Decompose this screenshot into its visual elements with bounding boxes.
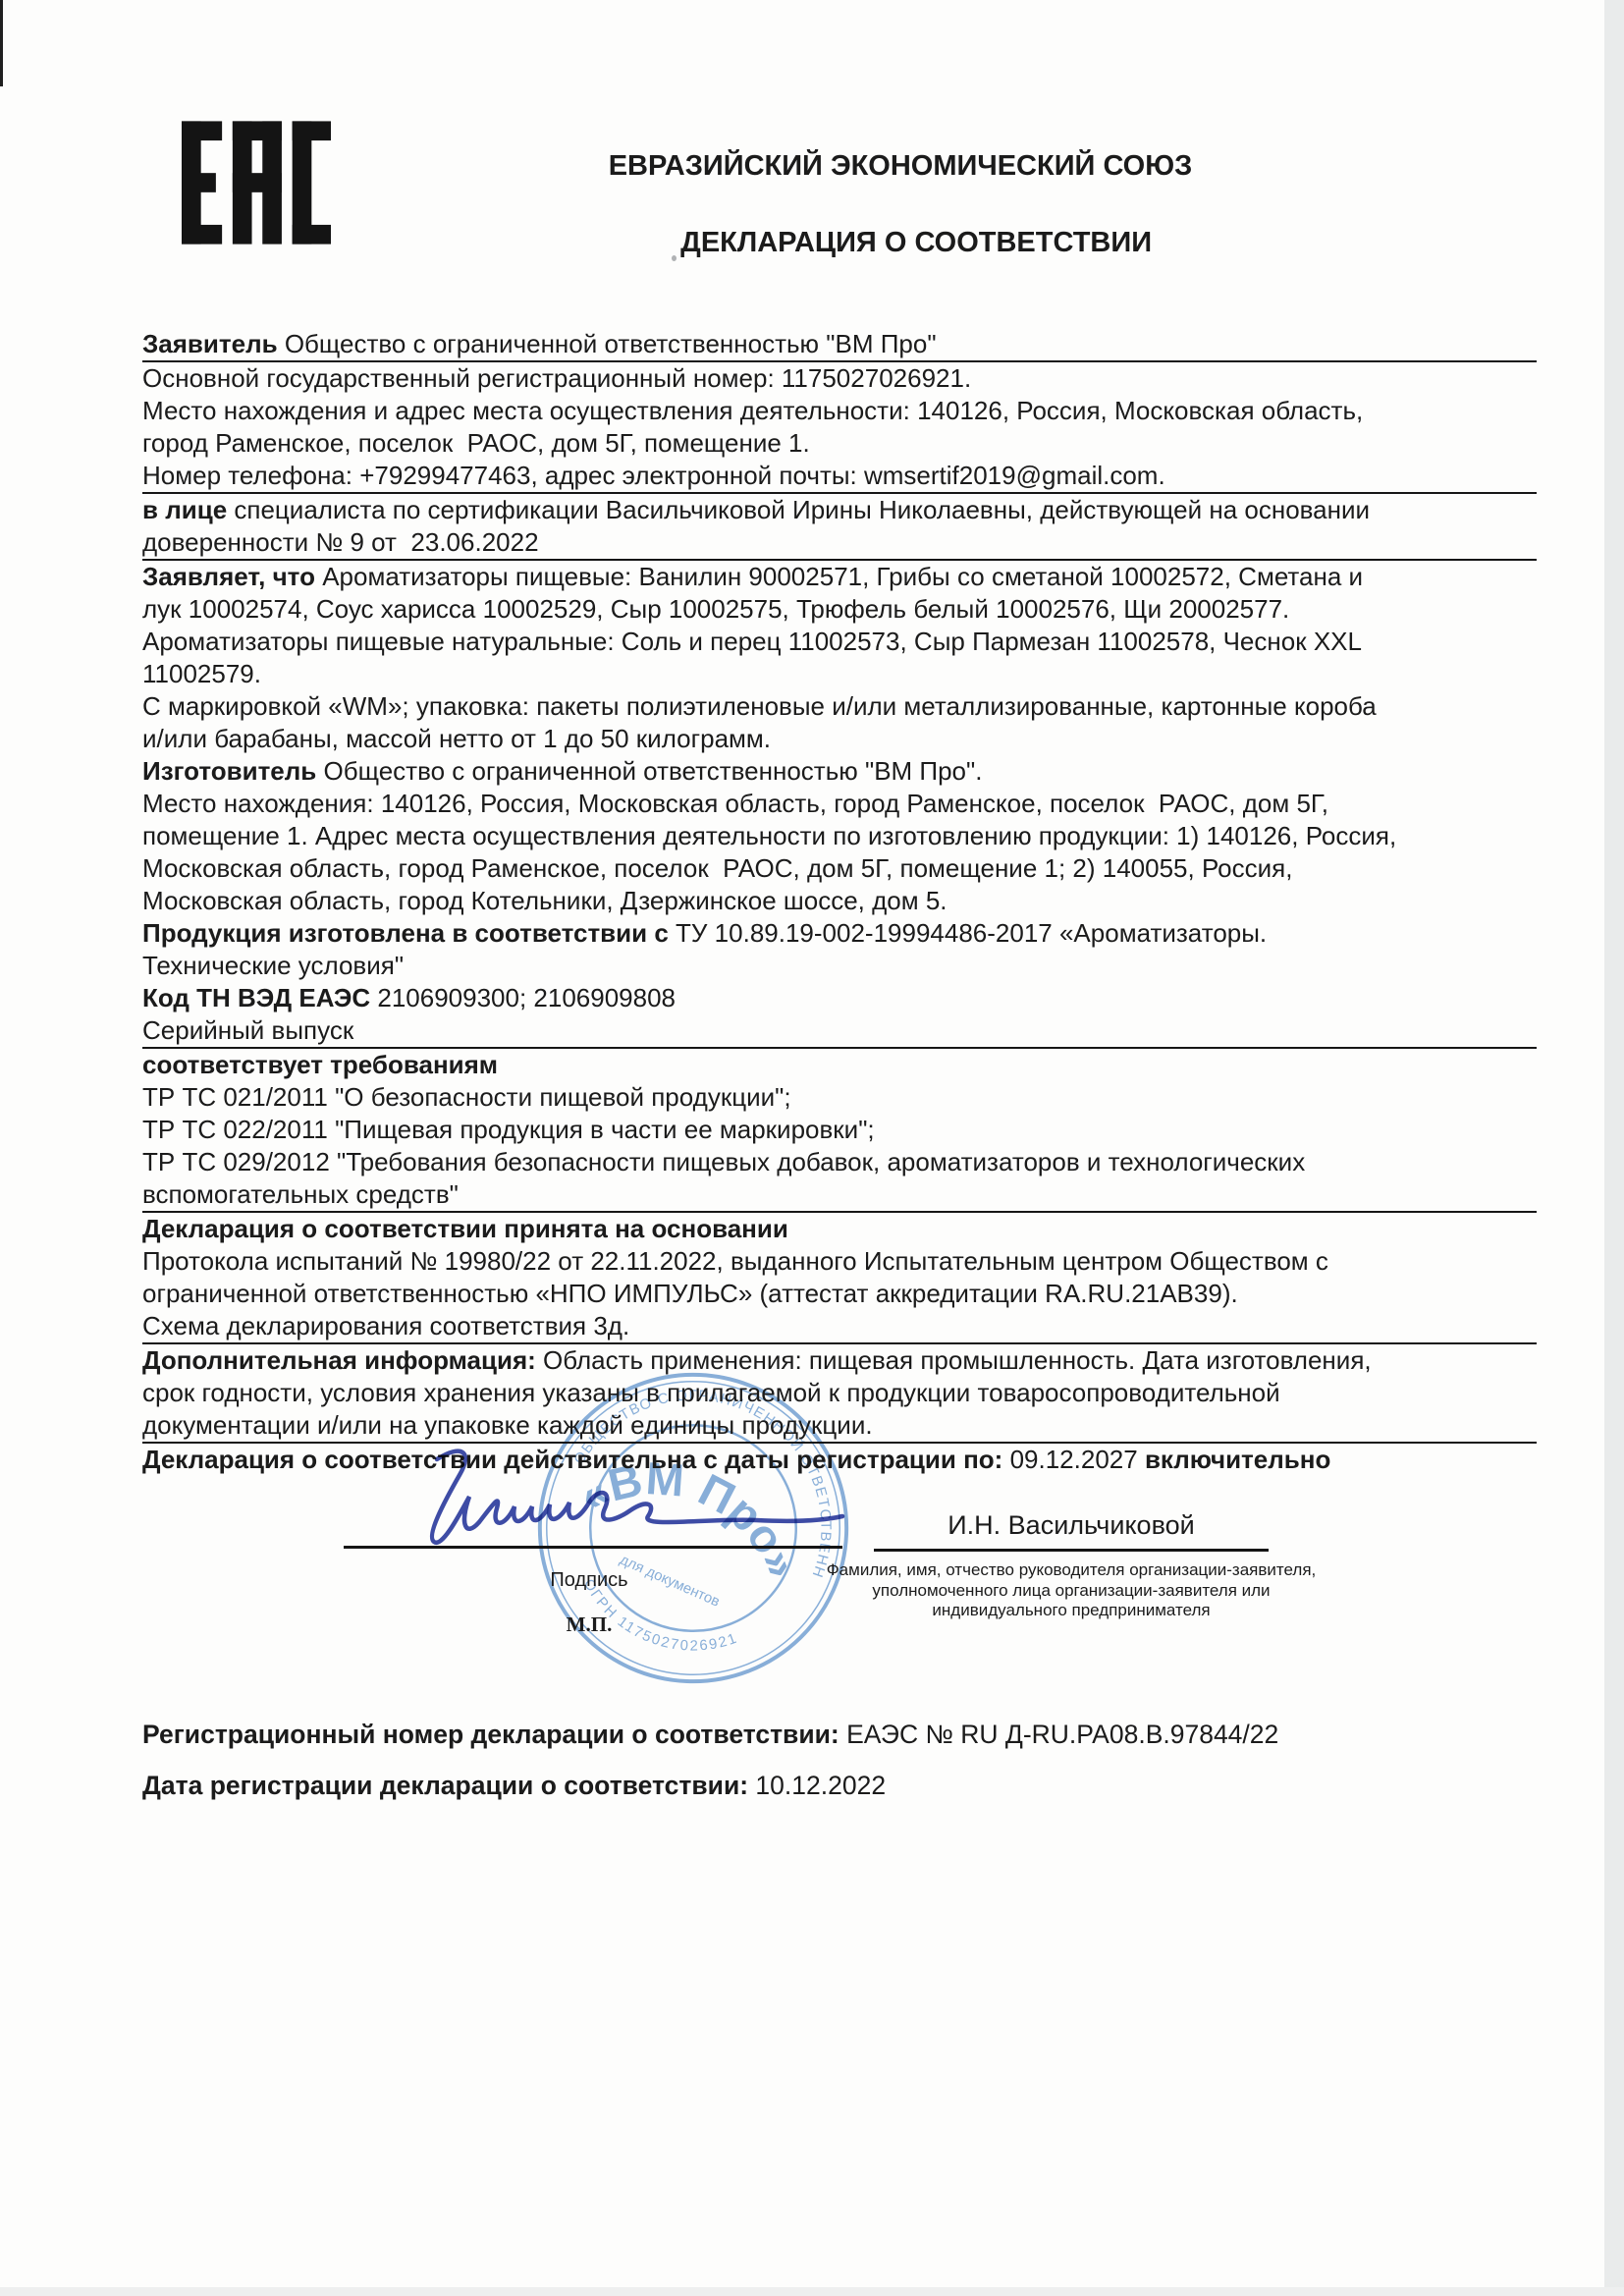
field-tr-ts-022: ТР ТС 022/2011 "Пищевая продукция в част… xyxy=(142,1114,1537,1146)
scan-edge-shadow xyxy=(1604,0,1624,2296)
signature-stroke xyxy=(383,1442,874,1569)
field-declares-products: Заявляет, что Ароматизаторы пищевые: Ван… xyxy=(142,561,1537,626)
scan-bottom-shadow xyxy=(0,2287,1624,2296)
field-test-protocol: Протокола испытаний № 19980/22 от 22.11.… xyxy=(142,1245,1537,1310)
field-produced-according-to: Продукция изготовлена в соответствии с Т… xyxy=(142,917,1537,982)
field-declaration-basis: Декларация о соответствии принята на осн… xyxy=(142,1213,1537,1245)
document-body: Заявитель Общество с ограниченной ответс… xyxy=(142,328,1537,1476)
scan-edge-artifact xyxy=(0,0,3,86)
title-line-1: ЕВРАЗИЙСКИЙ ЭКОНОМИЧЕСКИЙ СОЮЗ xyxy=(609,150,1193,182)
registration-number-value: ЕАЭС № RU Д-RU.РА08.В.97844/22 xyxy=(846,1720,1278,1749)
registration-number-label: Регистрационный номер декларации о соотв… xyxy=(142,1720,846,1749)
eac-logo-icon xyxy=(182,114,331,251)
field-natural-flavors: Ароматизаторы пищевые натуральные: Соль … xyxy=(142,626,1537,690)
field-marking-packaging: С маркировкой «WM»; упаковка: пакеты пол… xyxy=(142,690,1537,755)
registration-number-row: Регистрационный номер декларации о соотв… xyxy=(142,1720,1278,1750)
field-additional-info: Дополнительная информация: Область приме… xyxy=(142,1344,1537,1444)
field-serial-production: Серийный выпуск xyxy=(142,1014,1537,1049)
field-declaration-scheme: Схема декларирования соответствия 3д. xyxy=(142,1310,1537,1344)
field-applicant-details: Основной государственный регистрационный… xyxy=(142,362,1537,494)
title-line-2: ДЕКЛАРАЦИЯ О СООТВЕТСТВИИ xyxy=(680,227,1152,258)
registration-date-label: Дата регистрации декларации о соответств… xyxy=(142,1771,755,1800)
registration-date-value: 10.12.2022 xyxy=(755,1771,886,1800)
field-tnved-code: Код ТН ВЭД ЕАЭС 2106909300; 2106909808 xyxy=(142,982,1537,1014)
name-line xyxy=(874,1549,1269,1552)
field-tr-ts-029: ТР ТС 029/2012 "Требования безопасности … xyxy=(142,1146,1537,1213)
registration-date-row: Дата регистрации декларации о соответств… xyxy=(142,1771,886,1801)
field-represented-by: в лице специалиста по сертификации Васил… xyxy=(142,494,1537,561)
signatory-name: И.Н. Васильчиковой xyxy=(874,1510,1269,1541)
document-title: ЕВРАЗИЙСКИЙ ЭКОНОМИЧЕСКИЙ СОЮЗ ДЕКЛАРАЦИ… xyxy=(530,147,1271,301)
field-tr-ts-021: ТР ТС 021/2011 "О безопасности пищевой п… xyxy=(142,1081,1537,1114)
seal-place-label: М.П. xyxy=(545,1613,633,1637)
field-applicant: Заявитель Общество с ограниченной ответс… xyxy=(142,328,1537,362)
field-manufacturer-address: Место нахождения: 140126, Россия, Москов… xyxy=(142,788,1537,917)
signatory-name-caption: Фамилия, имя, отчество руководителя орга… xyxy=(811,1560,1331,1621)
field-manufacturer: Изготовитель Общество с ограниченной отв… xyxy=(142,755,1537,788)
signature-label: Подпись xyxy=(511,1569,668,1592)
field-complies-with: соответствует требованиям xyxy=(142,1049,1537,1081)
declaration-document: ЕВРАЗИЙСКИЙ ЭКОНОМИЧЕСКИЙ СОЮЗ ДЕКЛАРАЦИ… xyxy=(0,0,1624,2296)
